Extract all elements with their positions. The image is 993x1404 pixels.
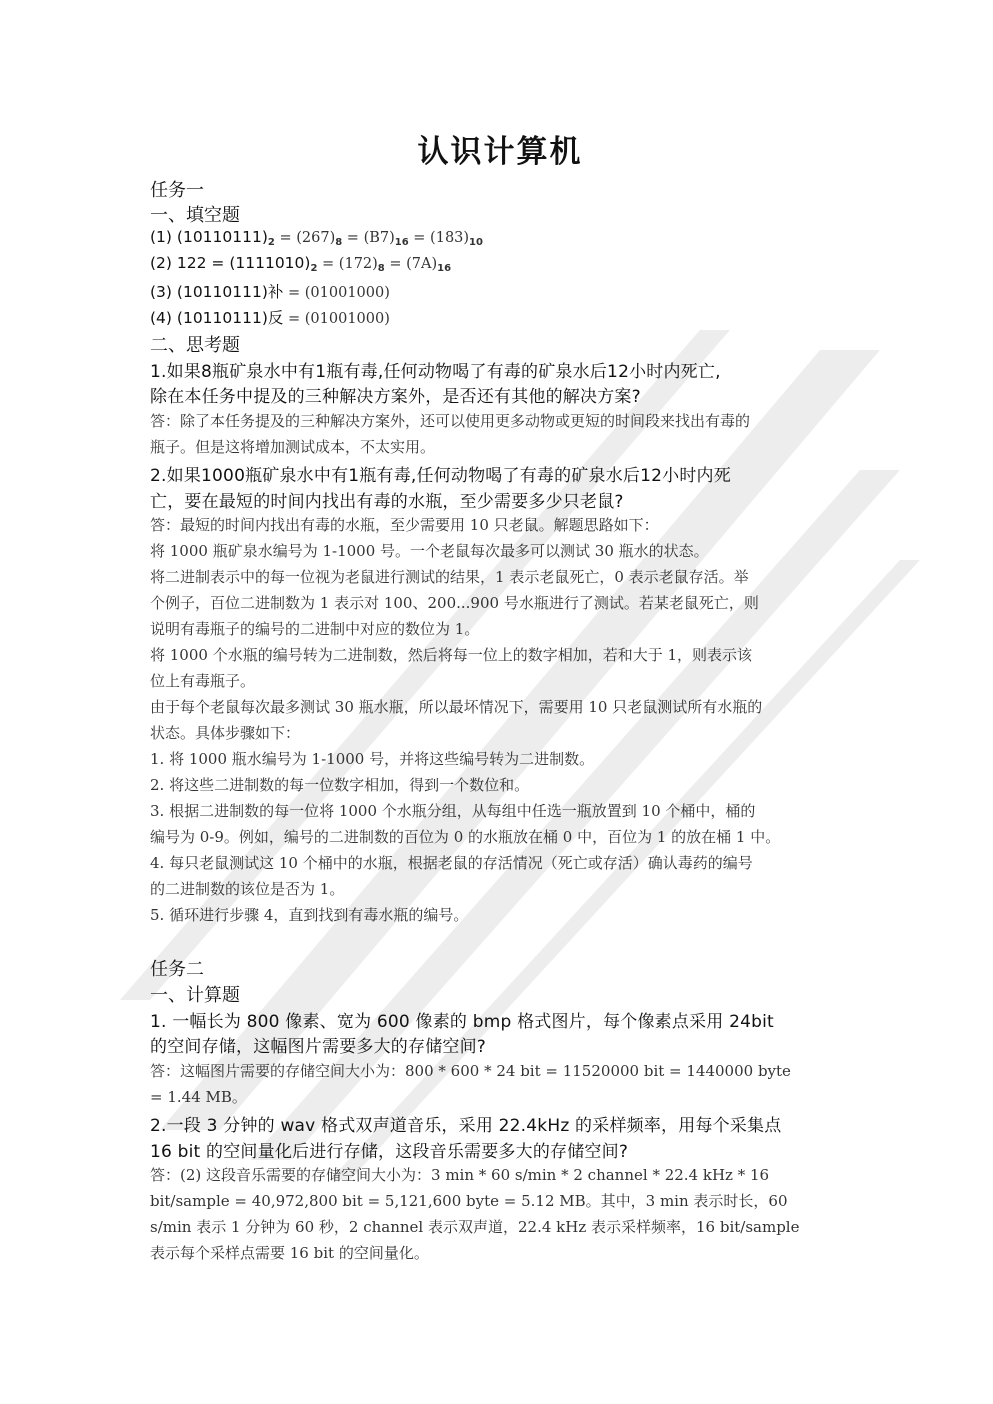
task1-heading: 任务一 bbox=[150, 176, 204, 202]
question-line: 除在本任务中提及的三种解决方案外，是否还有其他的解决方案? bbox=[150, 382, 641, 407]
step-line: 4. 每只老鼠测试这 10 个桶中的水瓶，根据老鼠的存活情况（死亡或存活）确认毒… bbox=[150, 852, 753, 873]
answer-line: = 1.44 MB。 bbox=[150, 1086, 247, 1107]
fill-item-3: (3) (10110111)补 = (01001000) bbox=[150, 280, 390, 302]
step-line: 的二进制数的该位是否为 1。 bbox=[150, 878, 344, 899]
question-line: 1. 一幅长为 800 像素、宽为 600 像素的 bmp 格式图片，每个像素点… bbox=[150, 1007, 774, 1032]
question-line: 16 bit 的空间量化后进行存储，这段音乐需要多大的存储空间? bbox=[150, 1137, 628, 1162]
step-line: 5. 循环进行步骤 4，直到找到有毒水瓶的编号。 bbox=[150, 904, 468, 925]
fill-item-2: (2) 122 = (1111010)2 = (172)8 = (7A)16 bbox=[150, 254, 451, 274]
answer-line: 个例子，百位二进制数为 1 表示对 100、200...900 号水瓶进行了测试… bbox=[150, 592, 759, 613]
question-line: 的空间存储，这幅图片需要多大的存储空间? bbox=[150, 1032, 486, 1057]
fill-item-4: (4) (10110111)反 = (01001000) bbox=[150, 306, 390, 328]
fill-blank-heading: 一、填空题 bbox=[150, 201, 240, 227]
answer-line: 位上有毒瓶子。 bbox=[150, 670, 255, 691]
step-line: 编号为 0-9。例如，编号的二进制数的百位为 0 的水瓶放在桶 0 中，百位为 … bbox=[150, 826, 780, 847]
answer-line: 答：除了本任务提及的三种解决方案外，还可以使用更多动物或更短的时间段来找出有毒的 bbox=[150, 410, 750, 431]
step-line: 2. 将这些二进制数的每一位数字相加，得到一个数位和。 bbox=[150, 774, 529, 795]
fill-item-1: (1) (10110111)2 = (267)8 = (B7)16 = (183… bbox=[150, 228, 483, 248]
answer-line: 将二进制表示中的每一位视为老鼠进行测试的结果，1 表示老鼠死亡，0 表示老鼠存活… bbox=[150, 566, 749, 587]
step-line: 3. 根据二进制数的每一位将 1000 个水瓶分组，从每组中任选一瓶放置到 10… bbox=[150, 800, 755, 821]
step-line: 1. 将 1000 瓶水编号为 1-1000 号，并将这些编号转为二进制数。 bbox=[150, 748, 594, 769]
answer-line: 将 1000 瓶矿泉水编号为 1-1000 号。一个老鼠每次最多可以测试 30 … bbox=[150, 540, 709, 561]
answer-line: 答：最短的时间内找出有毒的水瓶，至少需要用 10 只老鼠。解题思路如下： bbox=[150, 514, 659, 535]
answer-line: 瓶子。但是这将增加测试成本，不太实用。 bbox=[150, 436, 435, 457]
calc-heading: 一、计算题 bbox=[150, 981, 240, 1007]
answer-line: 答：这幅图片需要的存储空间大小为：800 * 600 * 24 bit = 11… bbox=[150, 1060, 791, 1081]
answer-line: bit/sample = 40,972,800 bit = 5,121,600 … bbox=[150, 1190, 788, 1211]
page-title: 认识计算机 bbox=[150, 126, 850, 171]
question-line: 1.如果8瓶矿泉水中有1瓶有毒,任何动物喝了有毒的矿泉水后12小时内死亡, bbox=[150, 357, 721, 382]
question-line: 2.如果1000瓶矿泉水中有1瓶有毒,任何动物喝了有毒的矿泉水后12小时内死 bbox=[150, 461, 731, 486]
question-line: 亡，要在最短的时间内找出有毒的水瓶，至少需要多少只老鼠? bbox=[150, 487, 624, 512]
task2-heading: 任务二 bbox=[150, 955, 204, 981]
answer-line: 将 1000 个水瓶的编号转为二进制数，然后将每一位上的数字相加，若和大于 1，… bbox=[150, 644, 752, 665]
thinking-heading: 二、思考题 bbox=[150, 331, 240, 357]
answer-line: 答：(2) 这段音乐需要的存储空间大小为：3 min * 60 s/min * … bbox=[150, 1164, 769, 1185]
answer-line: s/min 表示 1 分钟为 60 秒，2 channel 表示双声道，22.4… bbox=[150, 1216, 799, 1237]
answer-line: 由于每个老鼠每次最多测试 30 瓶水瓶，所以最坏情况下，需要用 10 只老鼠测试… bbox=[150, 696, 762, 717]
answer-line: 状态。具体步骤如下： bbox=[150, 722, 300, 743]
question-line: 2.一段 3 分钟的 wav 格式双声道音乐，采用 22.4kHz 的采样频率，… bbox=[150, 1111, 781, 1136]
answer-line: 说明有毒瓶子的编号的二进制中对应的数位为 1。 bbox=[150, 618, 479, 639]
answer-line: 表示每个采样点需要 16 bit 的空间量化。 bbox=[150, 1242, 429, 1263]
